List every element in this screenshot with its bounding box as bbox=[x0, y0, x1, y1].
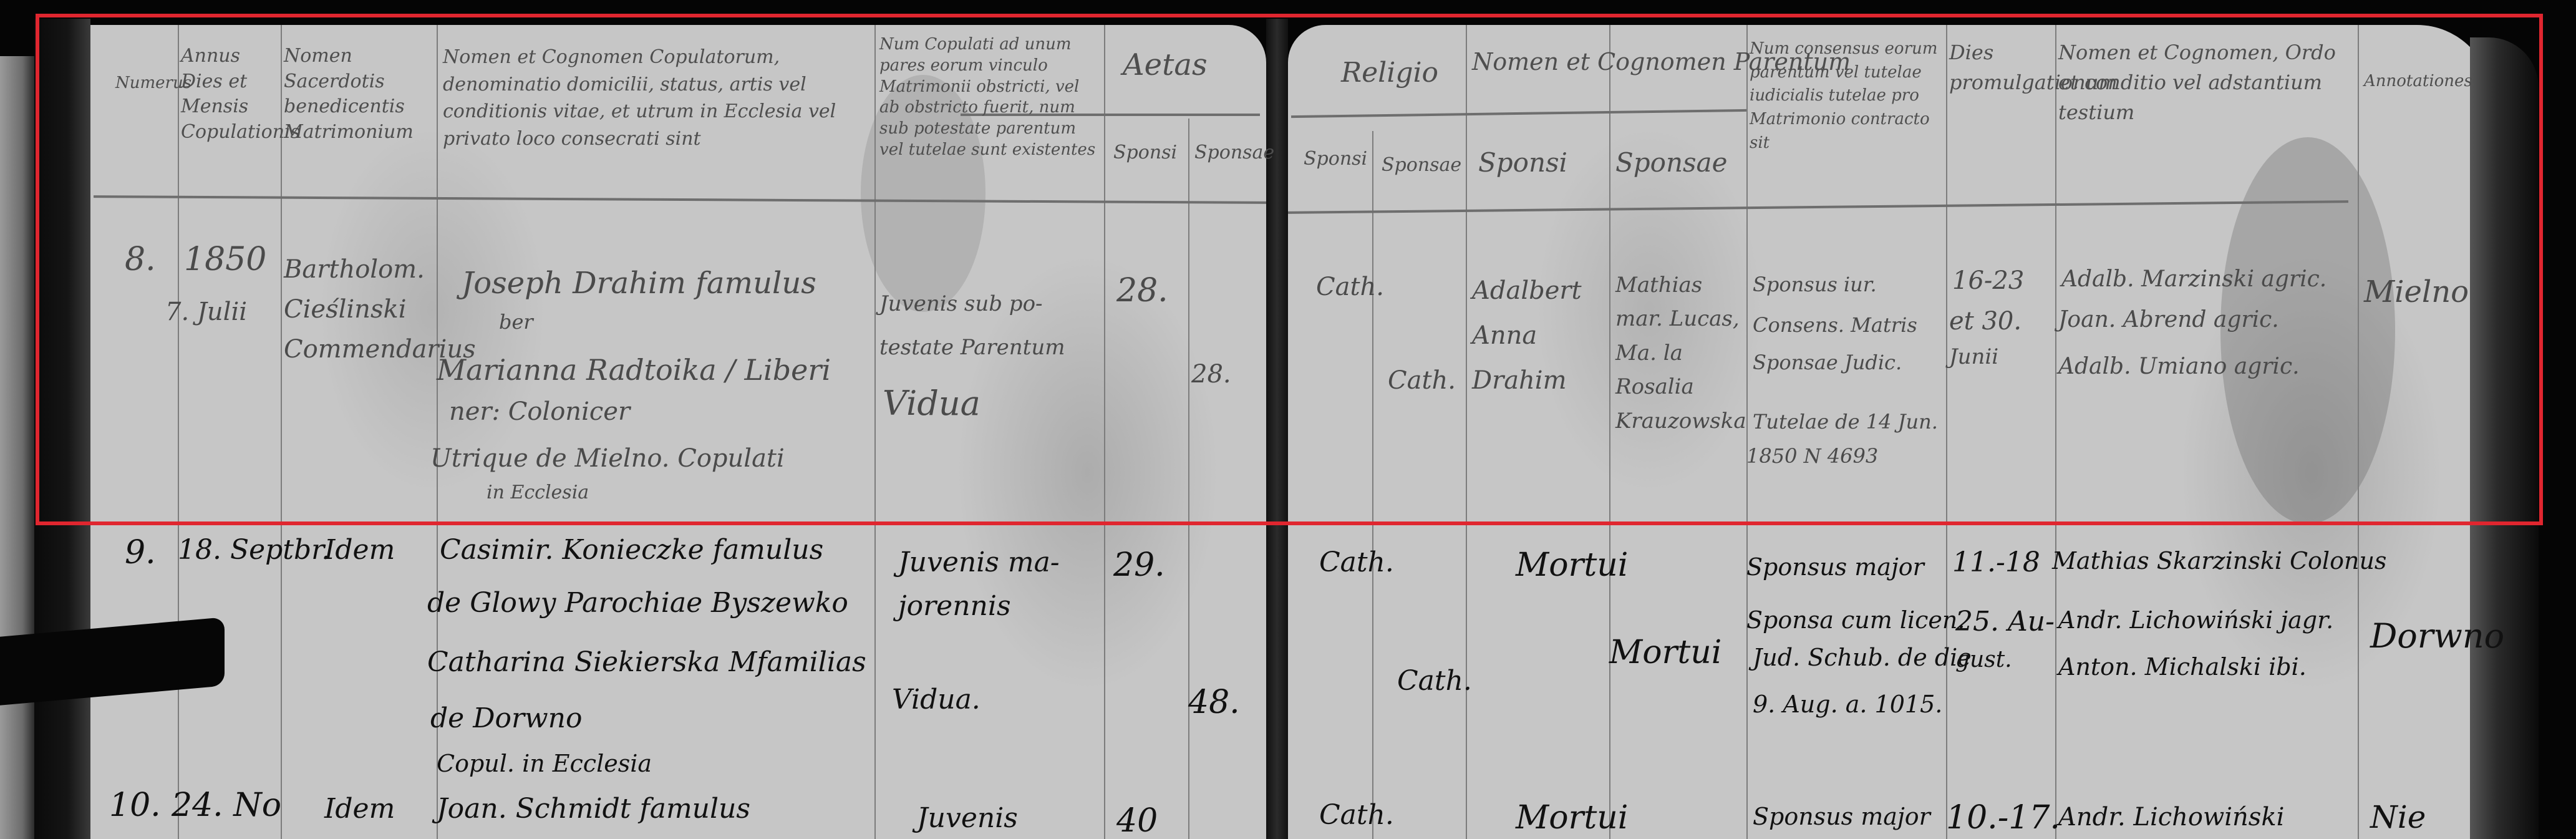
column-rule bbox=[1372, 131, 1373, 839]
entry-9-witness-2: Andr. Lichowiński jagr. bbox=[2058, 608, 2333, 632]
header-aetas: Aetas bbox=[1123, 50, 1208, 80]
header-parents-groom: Sponsi bbox=[1478, 150, 1567, 176]
header-age-groom: Sponsi bbox=[1113, 143, 1177, 162]
entry-8-consent-3: Sponsae Judic. bbox=[1753, 352, 1902, 372]
entry-8-age-groom: 28. bbox=[1116, 274, 1168, 307]
entry-8-consent-4: Tutelae de 14 Jun. bbox=[1753, 412, 1938, 432]
header-consent: Num consensus eorum parentum vel tutelae… bbox=[1750, 37, 1943, 155]
header-priest: Nomen Sacerdotis benedicentis Matrimoniu… bbox=[284, 44, 433, 145]
entry-8-couple-3: Marianna Radtoika / Liberi bbox=[437, 356, 831, 384]
entry-9-status-2: jorennis bbox=[898, 593, 1011, 620]
stacked-pages-edge bbox=[0, 56, 37, 839]
entry-9-banns-3: gust. bbox=[1955, 649, 2012, 671]
header-religion-groom: Sponsi bbox=[1304, 150, 1367, 168]
column-rule bbox=[874, 25, 876, 839]
column-rule bbox=[1946, 25, 1947, 839]
header-notes: Annotationes bbox=[2364, 69, 2457, 95]
entry-10-couple-1: Joan. Schmidt famulus bbox=[437, 795, 750, 823]
entry-8-status-1: Juvenis sub po- bbox=[879, 293, 1043, 314]
header-numerus: Numerus bbox=[115, 75, 191, 91]
entry-8-religion-groom: Cath. bbox=[1316, 274, 1384, 299]
entry-8-age-bride: 28. bbox=[1191, 362, 1231, 387]
entry-8-witness-2: Joan. Abrend agric. bbox=[2058, 309, 2279, 331]
entry-8-status-2: testate Parentum bbox=[879, 337, 1065, 358]
entry-8-consent-2: Consens. Matris bbox=[1753, 315, 1917, 335]
entry-10-religion-groom: Cath. bbox=[1319, 802, 1394, 829]
entry-10-banns-1: 10.-17. bbox=[1946, 802, 2060, 834]
register-scan: Numerus Annus Dies et Mensis Copulationi… bbox=[0, 0, 2576, 839]
column-rule bbox=[1104, 25, 1105, 839]
header-religio: Religio bbox=[1341, 59, 1438, 87]
column-rule bbox=[1466, 25, 1467, 839]
entry-9-status-3: Vidua. bbox=[892, 686, 981, 714]
header-age-bride: Sponsae bbox=[1194, 143, 1274, 162]
entry-9-couple-3: Catharina Siekierska Mfamilias bbox=[427, 649, 866, 676]
header-status: Num Copulati ad unum pares eorum vinculo… bbox=[879, 34, 1101, 161]
column-rule bbox=[1746, 25, 1748, 839]
column-rule bbox=[1188, 119, 1189, 839]
entry-8-notes: Mielno bbox=[2364, 274, 2457, 311]
entry-9-witness-3: Anton. Michalski ibi. bbox=[2058, 655, 2307, 679]
entry-9-age-bride: 48. bbox=[1188, 686, 1240, 719]
entry-9-couple-4: de Dorwno bbox=[430, 705, 582, 732]
column-rule bbox=[1609, 25, 1610, 839]
binding-shadow bbox=[34, 19, 90, 839]
entry-9-religion-bride: Cath. bbox=[1397, 667, 1472, 695]
header-witnesses: Nomen et Cognomen, Ordo et conditio vel … bbox=[2058, 37, 2351, 127]
header-date: Annus Dies et Mensis Copulationis bbox=[181, 44, 274, 145]
entry-8-witness-3: Adalb. Umiano agric. bbox=[2058, 356, 2300, 378]
column-rule bbox=[281, 25, 282, 839]
entry-9-notes: Dorwno bbox=[2370, 618, 2451, 654]
entry-9-religion-groom: Cath. bbox=[1319, 549, 1394, 576]
entry-10-status-1: Juvenis bbox=[917, 805, 1018, 832]
entry-8-couple-4: ner: Colonicer bbox=[449, 399, 630, 424]
entry-8-couple-1: Joseph Drahim famulus bbox=[462, 268, 816, 298]
entry-9-consent-4: 9. Aug. a. 1015. bbox=[1753, 692, 1942, 716]
entry-10-date: 24. No bbox=[172, 789, 281, 822]
entry-10-notes: Nie bbox=[2370, 802, 2426, 833]
column-rule bbox=[2358, 25, 2359, 839]
entry-9-banns-2: 25. Au- bbox=[1955, 608, 2055, 636]
entry-8-witness-1: Adalb. Marzinski agric. bbox=[2061, 268, 2327, 291]
entry-8-consent-1: Sponsus iur. bbox=[1753, 274, 1877, 294]
header-couple: Nomen et Cognomen Copulatorum, denominat… bbox=[443, 44, 867, 152]
entry-8-banns-2: et 30. bbox=[1949, 309, 2022, 334]
entry-10-age-groom: 40 bbox=[1116, 805, 1158, 837]
page-fore-edge bbox=[2470, 37, 2539, 839]
entry-8-couple-5: Utrique de Mielno. Copulati bbox=[430, 446, 785, 471]
entry-8-banns-1: 16-23 bbox=[1952, 268, 2024, 293]
header-parents-bride: Sponsae bbox=[1615, 150, 1727, 176]
entry-8-status-3: Vidua bbox=[883, 387, 981, 420]
entry-10-priest: Idem bbox=[324, 795, 395, 823]
entry-9-consent-3: Jud. Schub. de die bbox=[1753, 646, 1972, 669]
entry-8-religion-bride: Cath. bbox=[1388, 368, 1456, 393]
entry-9-consent-2: Sponsa cum licen. bbox=[1746, 608, 1965, 632]
entry-8-couple-2: ber bbox=[499, 312, 533, 332]
entry-8-year: 1850 bbox=[184, 243, 266, 276]
entry-9-number: 9. bbox=[125, 536, 156, 569]
entry-9-couple-1: Casimir. Konieczke famulus bbox=[440, 536, 823, 564]
entry-9-couple-2: de Glowy Parochiae Byszewko bbox=[427, 589, 848, 617]
entry-9-banns-1: 11.-18 bbox=[1952, 549, 2040, 576]
entry-10-consent-1: Sponsus major bbox=[1753, 805, 1930, 828]
column-rule bbox=[2055, 25, 2056, 839]
entry-9-status-1: Juvenis ma- bbox=[898, 549, 1060, 576]
entry-8-couple-6: in Ecclesia bbox=[487, 483, 589, 502]
column-rule bbox=[178, 25, 179, 839]
entry-9-consent-1: Sponsus major bbox=[1746, 555, 1924, 579]
entry-8-parents-groom: Adalbert Anna Drahim bbox=[1472, 268, 1609, 403]
entry-8-priest: Bartholom. Cieślinski Commendarius bbox=[284, 250, 433, 369]
header-banns: Dies promulgationum bbox=[1949, 37, 2049, 97]
entry-8-number: 8. bbox=[125, 243, 156, 276]
entry-8-date: 7. Julii bbox=[165, 299, 247, 324]
entry-9-parents-groom: Mortui bbox=[1516, 549, 1628, 581]
entry-8-banns-3: Junii bbox=[1949, 346, 1998, 367]
entry-9-date: 18. Septbr. bbox=[178, 536, 330, 564]
entry-9-parents-bride: Mortui bbox=[1609, 636, 1721, 669]
entry-9-age-groom: 29. bbox=[1113, 549, 1165, 581]
entry-9-witness-1: Mathias Skarzinski Colonus bbox=[2052, 549, 2386, 573]
entry-10-number: 10. bbox=[109, 789, 161, 822]
entry-9-couple-5: Copul. in Ecclesia bbox=[437, 752, 652, 775]
entry-10-witness-1: Andr. Lichowiński bbox=[2058, 805, 2284, 830]
entry-8-parents-bride: Mathias mar. Lucas, Ma. la Rosalia Krauz… bbox=[1615, 268, 1746, 438]
entry-8-consent-5: 1850 N 4693 bbox=[1746, 446, 1878, 466]
header-religion-bride: Sponsae bbox=[1382, 156, 1461, 175]
entry-9-priest: Idem bbox=[324, 536, 395, 564]
entry-10-parents-groom: Mortui bbox=[1516, 802, 1628, 834]
